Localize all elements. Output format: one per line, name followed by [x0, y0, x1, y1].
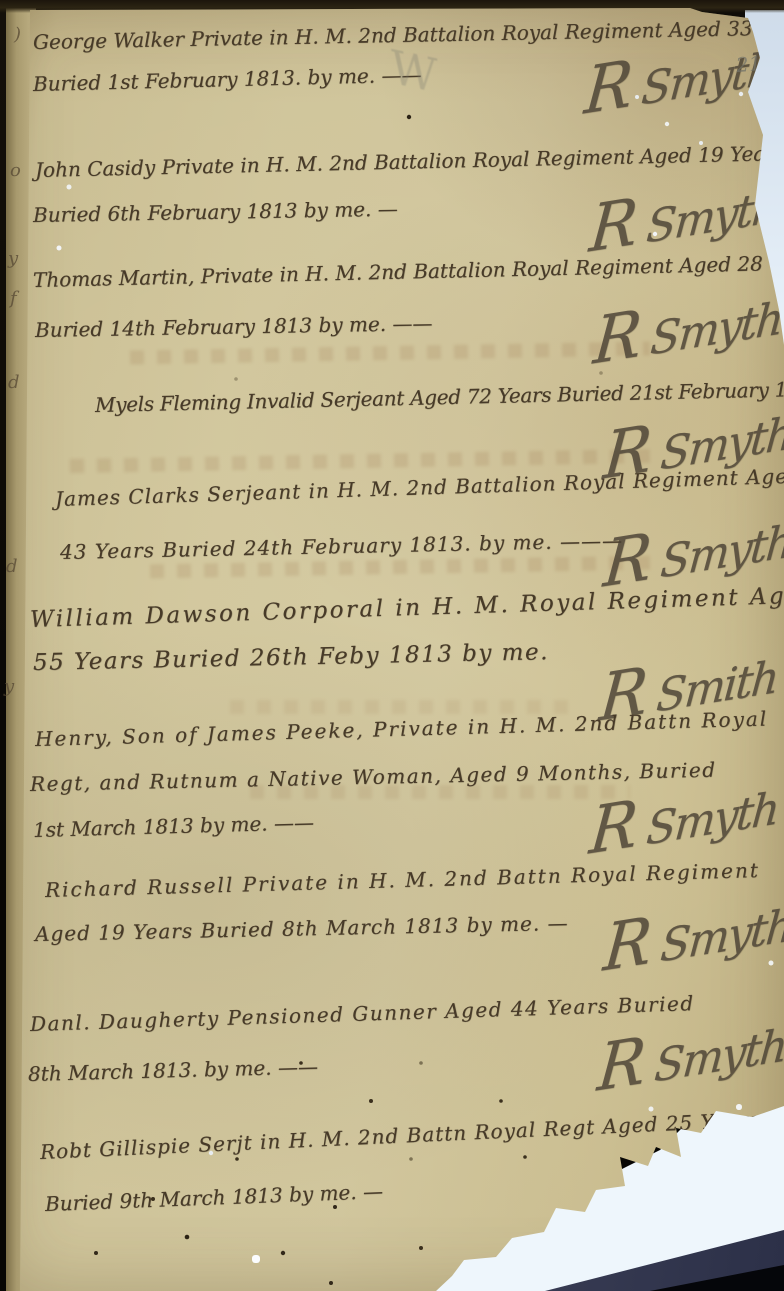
entry-6-line-2: 55 Years Buried 26th Feby 1813 by me.: [33, 639, 549, 676]
facing-page-ink-fragment: ): [14, 24, 21, 45]
entry-2-line-1: John Casidy Private in H. M. 2nd Battali…: [35, 141, 784, 182]
entry-8-line-2: Aged 19 Years Buried 8th March 1813 by m…: [35, 911, 569, 946]
manuscript-page: George Walker Private in H. M. 2nd Batta…: [0, 0, 784, 1291]
facing-page-ink-fragment: f: [10, 288, 17, 309]
photo-canvas: George Walker Private in H. M. 2nd Batta…: [0, 0, 784, 1291]
entry-9-line-2: 8th March 1813. by me. ——: [28, 1054, 319, 1086]
entry-6-line-1: William Dawson Corporal in H. M. Royal R…: [30, 582, 784, 633]
entry-1-line-2: Buried 1st February 1813. by me. ——: [33, 63, 422, 96]
facing-page-ink-fragment: y: [8, 248, 18, 269]
ink-bleedthrough: [230, 700, 580, 714]
entry-9-line-1: Danl. Daugherty Pensioned Gunner Aged 44…: [30, 991, 695, 1036]
ink-bleedthrough: [70, 449, 650, 473]
ink-bleedthrough: [130, 341, 650, 364]
pencil-scribble: W: [387, 38, 441, 105]
entry-2-line-2: Buried 6th February 1813 by me. —: [33, 197, 398, 227]
facing-page-ink-fragment: o: [10, 160, 21, 181]
entry-7-line-3: 1st March 1813 by me. ——: [33, 810, 315, 842]
entry-3-line-1: Thomas Martin, Private in H. M. 2nd Batt…: [33, 250, 784, 292]
facing-page-ink-fragment: d: [6, 556, 18, 577]
facing-page-ink-fragment: d: [8, 372, 20, 393]
entry-8-line-1: Richard Russell Private in H. M. 2nd Bat…: [45, 858, 760, 902]
entry-8-signature: R Smyth.: [601, 879, 784, 987]
entry-10-line-2: Buried 9th March 1813 by me. —: [45, 1179, 384, 1216]
facing-page-ink-fragment: y: [4, 676, 14, 697]
entry-3-line-2: Buried 14th February 1813 by me. ——: [35, 311, 433, 342]
entry-3-signature: R Smyth: [591, 274, 784, 380]
